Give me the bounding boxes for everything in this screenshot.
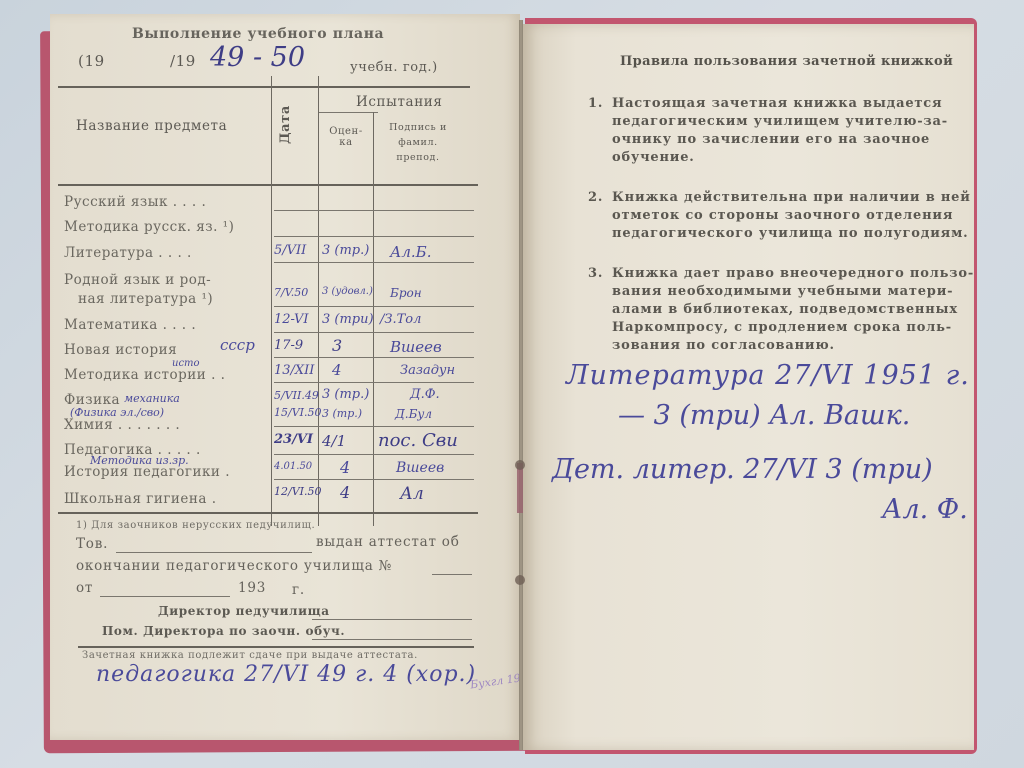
date-blank	[100, 596, 230, 597]
header-subject: Название предмета	[76, 118, 227, 134]
date-cell: 5/VII.49	[274, 389, 319, 402]
subject-row: Школьная гигиена .	[64, 491, 217, 507]
rule-2-number: 2.	[588, 190, 603, 205]
table-col-line-2	[318, 76, 319, 526]
date-cell: 7/V.50	[274, 286, 308, 299]
grade-cell: 3 (удовл.)	[322, 286, 373, 297]
staple-top	[515, 460, 525, 470]
footnote: 1) Для заочников нерусских педучилищ.	[76, 520, 315, 531]
year-text: 193	[238, 580, 266, 596]
row-rule	[274, 454, 474, 455]
date-cell: 12/VI.50	[274, 485, 322, 498]
signature-cell: Вшеев	[390, 338, 442, 356]
row-rule	[274, 210, 474, 211]
row-rule	[274, 332, 474, 333]
grade-cell: 3 (тр.)	[322, 387, 369, 402]
row-rule	[274, 357, 474, 358]
subject-row-cont: ная литература ¹)	[78, 291, 213, 307]
footer-rule	[78, 646, 474, 648]
rule-3-line: зования по согласованию.	[612, 338, 835, 353]
director-blank	[312, 619, 472, 620]
plan-title: Выполнение учебного плана	[132, 26, 384, 42]
signature-cell: Ал.Б.	[390, 243, 431, 261]
year-prefix: (19	[78, 52, 105, 70]
date-cell: 13/XII	[274, 363, 314, 378]
header-date: Дата	[278, 105, 293, 144]
return-notice: Зачетная книжка подлежит сдаче при выдач…	[82, 650, 418, 661]
subject-row: Математика . . . .	[64, 317, 196, 333]
year-mid: /19	[170, 52, 196, 70]
staple-bottom	[515, 575, 525, 585]
handwritten-pedagogy-note: педагогика 27/VI 49 г. 4 (хор.)	[96, 662, 476, 687]
left-page: Выполнение учебного плана (19 /19 49 - 5…	[50, 14, 520, 740]
director-label: Директор педучилища	[158, 604, 330, 618]
year-suffix: учебн. год.)	[350, 60, 438, 75]
subject-note: механика	[124, 392, 180, 405]
rules-title: Правила пользования зачетной книжкой	[620, 54, 953, 69]
year-handwritten: 49 - 50	[210, 42, 305, 73]
row-rule	[274, 262, 474, 263]
signature-cell: Зазадун	[400, 363, 455, 378]
tests-rule	[318, 112, 378, 113]
subject-note: ссср	[220, 336, 255, 354]
rule-1-line: обучение.	[612, 150, 695, 165]
deputy-blank	[312, 639, 472, 640]
subject-row: Литература . . . .	[64, 245, 192, 261]
rule-2-line: педагогического училища по полугодиям.	[612, 226, 969, 241]
date-cell: 15/VI.50	[274, 406, 322, 419]
handwritten-literature-grade: Литература 27/VI 1951 г.	[566, 360, 970, 391]
row-rule	[274, 479, 474, 480]
rule-3-line: алами в библиотеках, подведомственных	[612, 302, 958, 317]
grade-cell: 4	[340, 483, 350, 502]
row-rule	[274, 426, 474, 427]
rule-1-line: педагогическим училищем учителю-за-	[612, 114, 948, 129]
handwritten-signature: Ал. Ф.	[882, 494, 968, 525]
subject-row: Русский язык . . . .	[64, 194, 206, 210]
year-suffix-g: г.	[292, 582, 305, 598]
signature-cell: Д.Ф.	[410, 387, 440, 402]
grade-cell: 3 (тр.)	[322, 243, 369, 258]
completion-text: окончании педагогического училища №	[76, 558, 392, 574]
from-label: от	[76, 580, 93, 596]
table-col-line-1	[271, 76, 272, 526]
subject-row: Новая история	[64, 342, 177, 358]
binding-thread	[517, 463, 523, 513]
handwritten-literature-grade-cont: — 3 (три) Ал. Вашк.	[618, 400, 910, 431]
rule-2-line: Книжка действительна при наличии в ней	[612, 190, 971, 205]
subject-row: Методика русск. яз. ¹)	[64, 219, 234, 235]
table-header-rule	[58, 184, 478, 186]
row-rule	[274, 382, 474, 383]
rule-1-line: очнику по зачислении его на заочное	[612, 132, 930, 147]
issued-text: выдан аттестат об	[316, 534, 460, 550]
grade-cell: 3	[332, 336, 342, 355]
rule-2-line: отметок со стороны заочного отделения	[612, 208, 953, 223]
tov-blank	[116, 552, 312, 553]
rule-3-line: Книжка дает право внеочередного пользо-	[612, 266, 974, 281]
grade-cell: 4	[332, 361, 342, 379]
subject-row: Родной язык и род-	[64, 272, 211, 288]
signature-cell: /З.Тол	[380, 312, 421, 327]
grade-cell: 4	[340, 458, 350, 477]
date-cell: 12-VI	[274, 312, 309, 327]
book-spine	[519, 20, 523, 750]
right-page: Правила пользования зачетной книжкой 1. …	[522, 24, 974, 750]
grade-cell: 3 (три)	[322, 312, 374, 327]
header-rule	[58, 86, 470, 88]
signature-cell: Д.Бул	[395, 407, 432, 421]
header-grade: Оцен-ка	[324, 126, 368, 148]
header-signature: Подпись и фамил. препод.	[380, 120, 456, 165]
rule-3-line: Наркомпросу, с продлением срока поль-	[612, 320, 952, 335]
header-tests: Испытания	[356, 94, 443, 110]
rule-3-line: вания необходимыми учебными матери-	[612, 284, 953, 299]
tov-label: Тов.	[76, 536, 108, 552]
subject-row: Химия . . . . . . .	[64, 417, 180, 433]
rule-1-line: Настоящая зачетная книжка выдается	[612, 96, 942, 111]
signature-cell: Вшеев	[396, 460, 444, 476]
table-bottom-rule	[58, 512, 478, 514]
signature-cell: пос. Сви	[378, 430, 458, 451]
subject-note: Методика из.зр.	[90, 454, 189, 467]
grade-cell: 4/1	[322, 432, 346, 450]
subject-note: исто	[172, 358, 200, 369]
date-cell: 5/VII	[274, 243, 306, 258]
date-cell: 23/VI	[274, 432, 313, 447]
grade-cell: 3 (тр.)	[322, 407, 362, 420]
rule-1-number: 1.	[588, 96, 603, 111]
signature-cell: Брон	[390, 286, 422, 300]
rule-3-number: 3.	[588, 266, 603, 281]
row-rule	[274, 306, 474, 307]
date-cell: 17-9	[274, 338, 303, 353]
subject-row: Методика истории . .	[64, 367, 225, 383]
number-blank	[432, 574, 472, 575]
signature-cell: Ал	[400, 484, 424, 504]
handwritten-children-literature-grade: Дет. литер. 27/VI 3 (три)	[552, 454, 933, 485]
date-cell: 4.01.50	[274, 461, 312, 472]
row-rule	[274, 236, 474, 237]
deputy-label: Пом. Директора по заочн. обуч.	[102, 624, 345, 638]
